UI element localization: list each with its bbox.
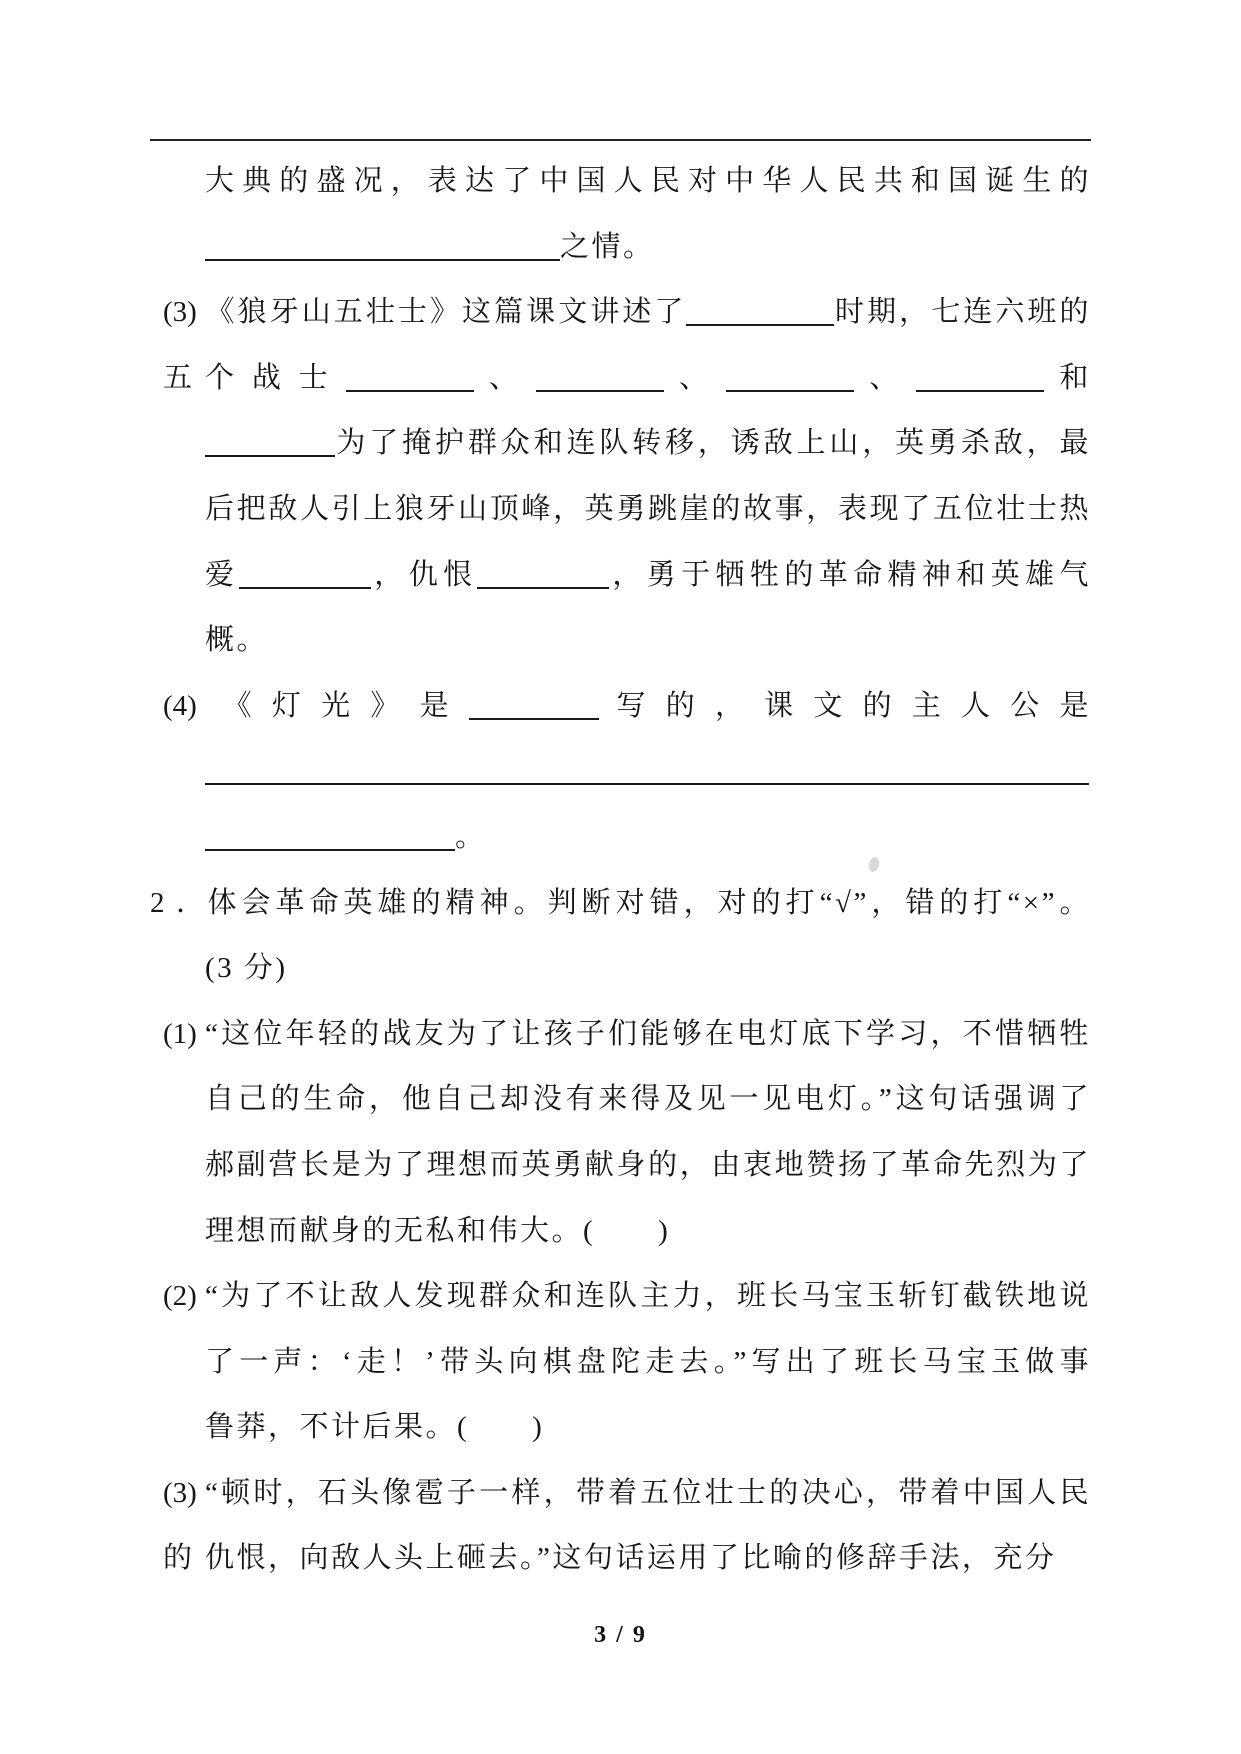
- header-divider: [150, 139, 1091, 141]
- text-line: 后把敌人引上狼牙山顶峰，英勇跳崖的故事，表现了五位壮士热: [150, 477, 1091, 543]
- text-segment: 、: [474, 362, 536, 394]
- text-segment: (3 分): [205, 952, 288, 984]
- list-marker: 2．: [150, 871, 205, 937]
- text-line: 大典的盛况，表达了中国人民对中华人民共和国诞生的: [150, 149, 1091, 215]
- list-marker: (3): [163, 280, 205, 346]
- blank-underline: [916, 364, 1044, 392]
- text-line: 为了掩护群众和连队转移，诱敌上山，英勇杀敌，最: [150, 411, 1091, 477]
- text-line: 仇恨，向敌人头上砸去。”这句话运用了比喻的修辞手法，充分: [150, 1526, 1091, 1592]
- text-segment: 体会革命英雄的精神。判断对错，对的打“√”，错的打“×”。: [205, 887, 1091, 919]
- text-segment: 为了掩护群众和连队转移，诱敌上山，英勇杀敌，最: [335, 427, 1091, 459]
- text-line: (3 分): [150, 936, 1091, 1002]
- blank-underline: [205, 233, 560, 261]
- text-segment: 。: [455, 821, 487, 853]
- text-line: 自己的生命，他自己却没有来得及见一见电灯。”这句话强调了: [150, 1067, 1091, 1133]
- text-line: [150, 739, 1091, 805]
- text-line: 。: [150, 805, 1091, 871]
- text-line: (3)《狼牙山五壮士》这篇课文讲述了时期，七连六班的五: [150, 280, 1091, 346]
- text-segment: 写的，课文的主人公是: [599, 690, 1091, 722]
- text-line: 了一声：‘走！’带头向棋盘陀走去。”写出了班长马宝玉做事: [150, 1330, 1091, 1396]
- blank-underline: [686, 298, 834, 326]
- list-marker: (4): [163, 674, 205, 740]
- document-page: 大典的盛况，表达了中国人民对中华人民共和国诞生的之情。(3)《狼牙山五壮士》这篇…: [0, 0, 1241, 1754]
- blank-underline: [205, 429, 335, 457]
- text-segment: 了一声：‘走！’带头向棋盘陀走去。”写出了班长马宝玉做事: [205, 1346, 1091, 1378]
- text-segment: 仇恨，向敌人头上砸去。”这句话运用了比喻的修辞手法，充分: [205, 1542, 1056, 1574]
- blank-underline: [477, 561, 609, 589]
- text-segment: 、: [664, 362, 726, 394]
- text-line: 郝副营长是为了理想而英勇献身的，由衷地赞扬了革命先烈为了: [150, 1133, 1091, 1199]
- text-segment: 《灯光》是: [205, 690, 469, 722]
- text-segment: 大典的盛况，表达了中国人民对中华人民共和国诞生的: [205, 165, 1091, 197]
- blank-underline: [346, 364, 474, 392]
- document-body: 大典的盛况，表达了中国人民对中华人民共和国诞生的之情。(3)《狼牙山五壮士》这篇…: [150, 149, 1091, 1592]
- text-segment: 爱: [205, 559, 239, 591]
- text-segment: 、: [854, 362, 916, 394]
- text-segment: ，仇恨: [371, 559, 477, 591]
- list-marker: (3): [163, 1461, 205, 1527]
- text-segment: 鲁莽，不计后果。( ): [205, 1411, 544, 1443]
- text-line: (4)《灯光》是写的，课文的主人公是: [150, 674, 1091, 740]
- text-segment: 和: [1044, 362, 1091, 394]
- blank-underline: [726, 364, 854, 392]
- list-marker: (1): [163, 1002, 205, 1068]
- text-line: 2．体会革命英雄的精神。判断对错，对的打“√”，错的打“×”。: [150, 871, 1091, 937]
- text-segment: 理想而献身的无私和伟大。( ): [205, 1215, 670, 1247]
- text-line: 个战士、、、和: [150, 346, 1091, 412]
- text-segment: 后把敌人引上狼牙山顶峰，英勇跳崖的故事，表现了五位壮士热: [205, 493, 1091, 525]
- text-line: 概。: [150, 608, 1091, 674]
- text-segment: “这位年轻的战友为了让孩子们能够在电灯底下学习，不惜牺牲: [205, 1018, 1091, 1050]
- text-line: 之情。: [150, 215, 1091, 281]
- text-line: 爱，仇恨，勇于牺牲的革命精神和英雄气: [150, 543, 1091, 609]
- blank-underline: [239, 561, 371, 589]
- text-segment: 《狼牙山五壮士》这篇课文讲述了: [205, 296, 686, 328]
- list-marker: (2): [163, 1264, 205, 1330]
- text-segment: 郝副营长是为了理想而英勇献身的，由衷地赞扬了革命先烈为了: [205, 1149, 1091, 1181]
- text-line: (1)“这位年轻的战友为了让孩子们能够在电灯底下学习，不惜牺牲: [150, 1002, 1091, 1068]
- blank-underline: [469, 692, 599, 720]
- text-segment: ，勇于牺牲的革命精神和英雄气: [609, 559, 1091, 591]
- text-line: (3)“顿时，石头像雹子一样，带着五位壮士的决心，带着中国人民的: [150, 1461, 1091, 1527]
- blank-underline: [205, 757, 1089, 785]
- text-segment: 个战士: [205, 362, 346, 394]
- page-number: 3 / 9: [0, 1622, 1241, 1649]
- blank-underline: [205, 823, 455, 851]
- text-segment: “为了不让敌人发现群众和连队主力，班长马宝玉斩钉截铁地说: [205, 1280, 1091, 1312]
- text-segment: 之情。: [560, 231, 655, 263]
- text-segment: 概。: [205, 624, 268, 656]
- blank-underline: [536, 364, 664, 392]
- text-line: 理想而献身的无私和伟大。( ): [150, 1199, 1091, 1265]
- text-line: 鲁莽，不计后果。( ): [150, 1395, 1091, 1461]
- text-line: (2)“为了不让敌人发现群众和连队主力，班长马宝玉斩钉截铁地说: [150, 1264, 1091, 1330]
- text-segment: 自己的生命，他自己却没有来得及见一见电灯。”这句话强调了: [205, 1083, 1091, 1115]
